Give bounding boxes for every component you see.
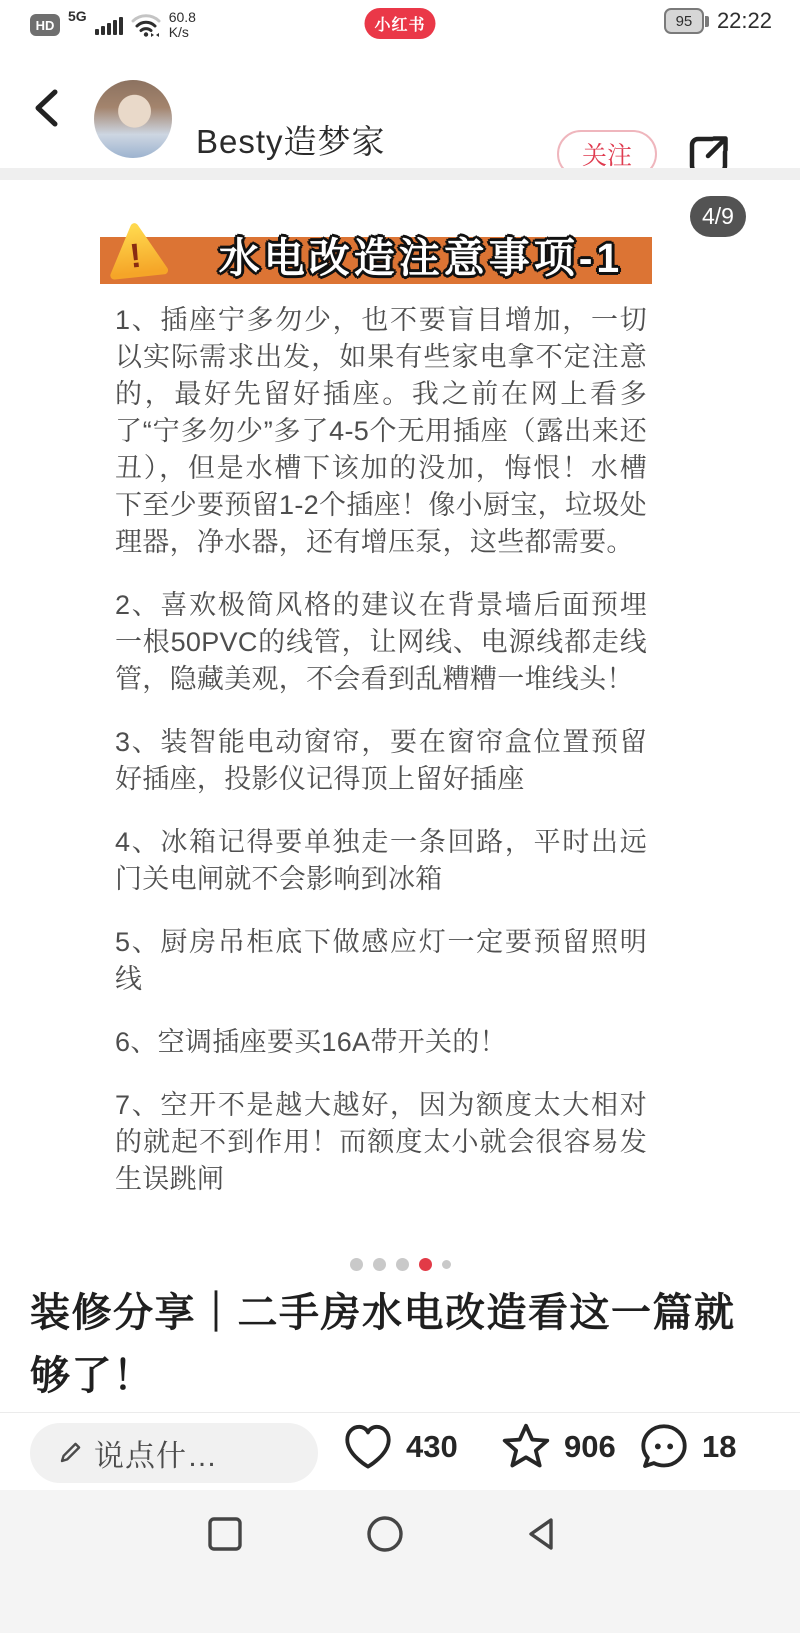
avatar[interactable] xyxy=(94,80,172,158)
signal-strength-icon xyxy=(95,15,123,35)
tip-paragraph: 1、插座宁多勿少，也不要盲目增加，一切以实际需求出发，如果有些家电拿不定注意的，… xyxy=(115,302,647,561)
like-button[interactable]: 430 xyxy=(340,1419,458,1475)
tip-paragraph: 3、装智能电动窗帘，要在窗帘盒位置预留好插座，投影仪记得顶上留好插座 xyxy=(115,724,647,798)
note-header: Besty造梦家 东晓南 关注 xyxy=(0,48,800,168)
tip-paragraph: 5、厨房吊柜底下做感应灯一定要预留照明线 xyxy=(115,924,647,998)
android-nav-bar xyxy=(0,1490,800,1633)
speed-unit: K/s xyxy=(169,25,196,40)
note-body-text: 1、插座宁多勿少，也不要盲目增加，一切以实际需求出发，如果有些家电拿不定注意的，… xyxy=(115,302,647,1224)
collect-count: 906 xyxy=(564,1429,616,1465)
battery-icon: 95 xyxy=(664,8,709,34)
xiaohongshu-badge: 小红书 xyxy=(364,8,435,39)
recents-button[interactable] xyxy=(203,1512,247,1556)
carousel-dots xyxy=(0,1258,800,1271)
status-left-group: HD 5G 60.8 K/s xyxy=(30,6,196,44)
back-button[interactable] xyxy=(28,86,68,130)
post-title: 装修分享｜二手房水电改造看这一篇就够了！ xyxy=(30,1282,772,1408)
comment-input[interactable]: 说点什… xyxy=(30,1423,318,1483)
status-bar: HD 5G 60.8 K/s 小红书 95 xyxy=(0,0,800,48)
header-divider xyxy=(0,168,800,180)
speed-value: 60.8 xyxy=(169,10,196,25)
comment-bubble-icon xyxy=(636,1419,692,1475)
collect-button[interactable]: 906 xyxy=(498,1419,616,1475)
page-indicator-badge: 4/9 xyxy=(690,196,746,237)
tip-paragraph: 6、空调插座要买16A带开关的！ xyxy=(115,1024,647,1061)
pencil-icon xyxy=(56,1439,84,1467)
carousel-dot xyxy=(442,1260,451,1269)
comment-placeholder: 说点什… xyxy=(94,1431,218,1475)
carousel-dot-active xyxy=(419,1258,432,1271)
wifi-icon xyxy=(131,13,161,37)
image-title-banner: ! 水电改造注意事项-1 xyxy=(100,237,652,284)
author-username[interactable]: Besty造梦家 xyxy=(196,116,386,163)
status-right-group: 95 22:22 xyxy=(664,8,772,34)
clock-time: 22:22 xyxy=(717,8,772,34)
battery-level: 95 xyxy=(664,8,704,34)
status-center-group: 小红书 xyxy=(364,8,435,39)
tip-paragraph: 2、喜欢极简风格的建议在背景墙后面预埋一根50PVC的线管，让网线、电源线都走线… xyxy=(115,587,647,698)
action-bar: 说点什… 430 906 xyxy=(0,1413,800,1490)
back-nav-button[interactable] xyxy=(521,1512,565,1556)
home-button[interactable] xyxy=(363,1512,407,1556)
image-banner-title: 水电改造注意事项-1 xyxy=(186,225,656,284)
star-icon xyxy=(498,1419,554,1475)
comment-count: 18 xyxy=(702,1429,736,1465)
warning-icon: ! xyxy=(106,221,168,283)
like-count: 430 xyxy=(406,1429,458,1465)
carousel-dot xyxy=(350,1258,363,1271)
app-screen: HD 5G 60.8 K/s 小红书 95 xyxy=(0,0,800,1633)
tip-paragraph: 4、冰箱记得要单独走一条回路，平时出远门关电闸就不会影响到冰箱 xyxy=(115,824,647,898)
heart-icon xyxy=(340,1419,396,1475)
network-speed: 60.8 K/s xyxy=(169,10,196,40)
comment-button[interactable]: 18 xyxy=(636,1419,736,1475)
hd-icon: HD xyxy=(30,14,60,36)
network-type-label: 5G xyxy=(68,8,87,24)
carousel-dot xyxy=(396,1258,409,1271)
carousel-dot xyxy=(373,1258,386,1271)
note-image[interactable]: 4/9 ! 水电改造注意事项-1 1、插座宁多勿少，也不要盲目增加，一切以实际需… xyxy=(0,180,800,1280)
tip-paragraph: 7、空开不是越大越好，因为额度太大相对的就起不到作用！而额度太小就会很容易发生误… xyxy=(115,1087,647,1198)
